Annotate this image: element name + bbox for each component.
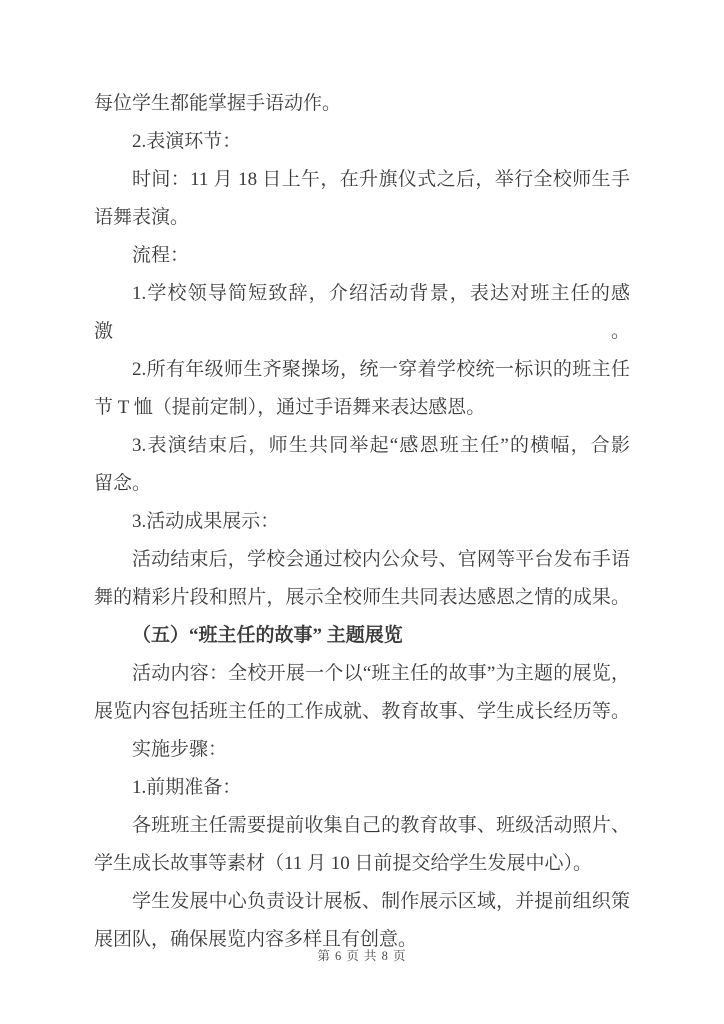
text-line: 展览内容包括班主任的工作成就、教育故事、学生成长经历等。 xyxy=(94,693,630,731)
text-line: 实施步骤： xyxy=(94,731,630,769)
text-line: 留念。 xyxy=(94,465,630,503)
text-line: 舞的精彩片段和照片，展示全校师生共同表达感恩之情的成果。 xyxy=(94,579,630,617)
text-line: 2.表演环节： xyxy=(94,123,630,161)
page-number-footer: 第 6 页 共 8 页 xyxy=(0,944,724,968)
text-line: 活动内容：全校开展一个以“班主任的故事”为主题的展览， xyxy=(94,655,630,693)
text-line: 流程： xyxy=(94,237,630,275)
text-line: （五）“班主任的故事” 主题展览 xyxy=(94,617,630,655)
document-page: 每位学生都能掌握手语动作。2.表演环节：时间：11 月 18 日上午，在升旗仪式… xyxy=(0,0,724,1024)
document-body: 每位学生都能掌握手语动作。2.表演环节：时间：11 月 18 日上午，在升旗仪式… xyxy=(94,85,630,959)
text-line: 每位学生都能掌握手语动作。 xyxy=(94,85,630,123)
text-line: 3.活动成果展示： xyxy=(94,503,630,541)
text-line: 2.所有年级师生齐聚操场，统一穿着学校统一标识的班主任 xyxy=(94,351,630,389)
text-line: 语舞表演。 xyxy=(94,199,630,237)
text-line: 3.表演结束后，师生共同举起“感恩班主任”的横幅，合影 xyxy=(94,427,630,465)
text-line: 1.学校领导简短致辞，介绍活动背景，表达对班主任的感激。 xyxy=(94,275,630,351)
text-line: 1.前期准备： xyxy=(94,769,630,807)
text-line: 时间：11 月 18 日上午，在升旗仪式之后，举行全校师生手 xyxy=(94,161,630,199)
text-line: 活动结束后，学校会通过校内公众号、官网等平台发布手语 xyxy=(94,541,630,579)
text-line: 各班班主任需要提前收集自己的教育故事、班级活动照片、 xyxy=(94,807,630,845)
text-line: 节 T 恤（提前定制），通过手语舞来表达感恩。 xyxy=(94,389,630,427)
text-line: 学生成长故事等素材（11 月 10 日前提交给学生发展中心）。 xyxy=(94,845,630,883)
text-line: 学生发展中心负责设计展板、制作展示区域，并提前组织策 xyxy=(94,883,630,921)
